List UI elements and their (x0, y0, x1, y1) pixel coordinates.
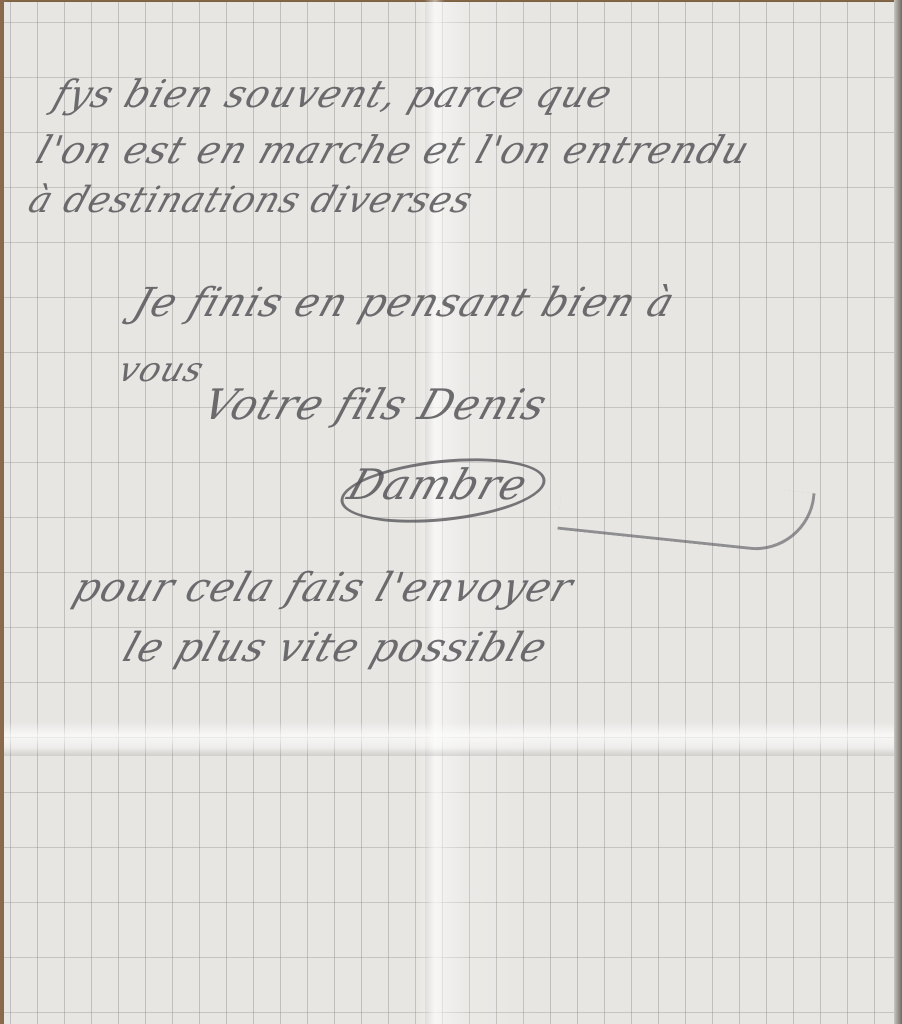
postscript-line-2: le plus vite possible (118, 625, 554, 671)
letter-line-3: à destinations diverses (23, 180, 478, 221)
signature-salutation: Votre fils Denis (197, 380, 554, 429)
paper-right-edge (894, 0, 902, 1024)
signature-surname: Dambre (342, 460, 534, 509)
letter-line-1: fys bien souvent, parce que (48, 72, 619, 116)
postscript-line-1: pour cela fais l'envoyer (68, 565, 580, 611)
horizontal-fold-crease (4, 722, 894, 756)
closing-line: Je finis en pensant bien à (128, 280, 681, 326)
letter-line-2: l'on est en marche et l'on entrendu (31, 128, 756, 172)
closing-line-continued: vous (114, 350, 210, 390)
